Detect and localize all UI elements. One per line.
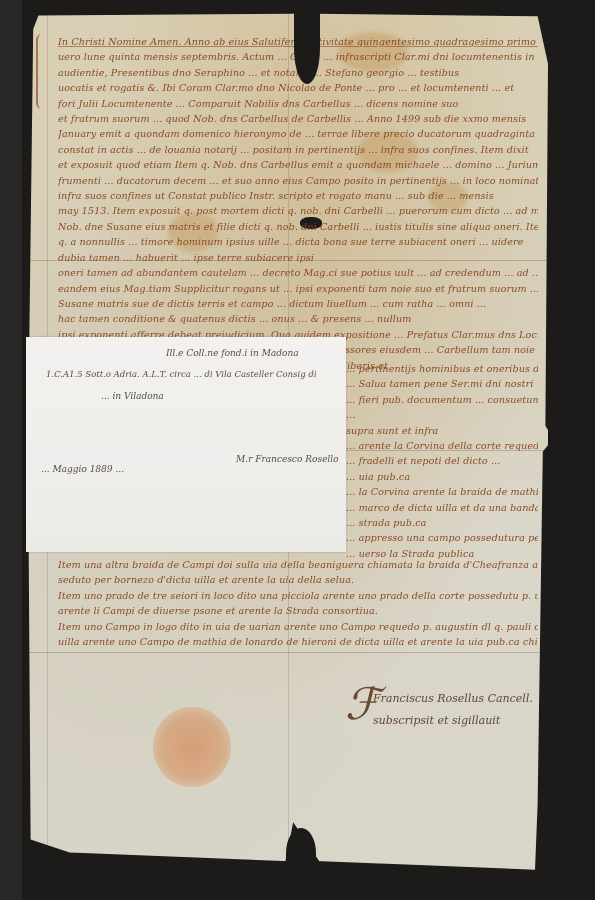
top-tear: [294, 12, 320, 84]
text-line: ... Salua tamen pene Ser.mi dni nostri: [346, 377, 538, 392]
text-line: Nob. dne Susane eius matris et filie dic…: [58, 220, 538, 235]
scan-background-edge: [0, 0, 22, 900]
signature-line: Franciscus Rosellus Cancell.: [373, 692, 533, 705]
property-list-text: Item una altra braida de Campi doi sulla…: [58, 558, 538, 650]
text-line: ... la Corvina arente la braida de mathi…: [346, 485, 538, 500]
text-line: uilla arente uno Campo de mathia de lona…: [58, 635, 538, 650]
text-line: ... appresso una campo possedutura per p…: [346, 531, 538, 546]
slip-signature: M.r Francesco Rosello: [236, 455, 339, 465]
text-line: hac tamen conditione & quatenus dictis .…: [58, 312, 538, 327]
bottom-tear: [286, 828, 316, 878]
slip-reference: 1.C.A1.5 Sott.o Adria. A.L.T. circa ... …: [46, 370, 317, 380]
main-text-block: In Christi Nomine Amen. Anno ab eius Sal…: [58, 35, 538, 374]
text-line: q. a nonnullis ... timore hominum ipsius…: [58, 235, 538, 250]
text-line: supra sunt et infra: [346, 424, 538, 439]
text-line: oneri tamen ad abundantem cautelam ... d…: [58, 266, 538, 281]
signature-line: subscripsit et sigillauit: [373, 714, 500, 727]
text-line: seduto per bornezo d'dicta uilla et aren…: [58, 573, 538, 588]
text-line: Item uno Campo in logo dito in uia de ua…: [58, 620, 538, 635]
text-line: ...: [346, 408, 538, 423]
slip-date: ... Maggio 1889 ...: [41, 465, 124, 475]
text-line: ... uia pub.ca: [346, 470, 538, 485]
slip-location: ... in Viladona: [101, 392, 164, 402]
text-line: uocatis et rogatis &. Ibi Coram Clar.mo …: [58, 81, 538, 96]
attached-note-slip: Ill.e Coll.ne fond.i in Madona 1.C.A1.5 …: [26, 337, 346, 552]
text-line: Item una altra braida de Campi doi sulla…: [58, 558, 538, 573]
text-line: constat in actis ... de louania notarij …: [58, 143, 538, 158]
text-line: arente li Campi de diuerse psone et aren…: [58, 604, 538, 619]
text-line: infra suos confines ut Constat publico I…: [58, 189, 538, 204]
text-line: frumenti ... ducatorum decem ... et suo …: [58, 174, 538, 189]
text-line: et exposuit quod etiam Item q. Nob. dns …: [58, 158, 538, 173]
text-line: may 1513. Item exposuit q. post mortem d…: [58, 204, 538, 219]
notary-signature: ℱ Franciscus Rosellus Cancell. subscrips…: [345, 680, 545, 750]
text-line: ... pertinentijs hominibus et oneribus d…: [346, 362, 538, 377]
wax-seal-remnant: [153, 707, 231, 787]
text-line: ... arente la Corvina della corte requed…: [346, 439, 538, 454]
text-line: dubia tamen ... habuerit ... ipse terre …: [58, 251, 538, 266]
text-line: eandem eius Mag.tiam Supplicitur rogans …: [58, 282, 538, 297]
slip-heading: Ill.e Coll.ne fond.i in Madona: [166, 349, 299, 359]
text-line: ... fieri pub. documentum ... consuetum …: [346, 393, 538, 408]
text-line: January emit a quondam domenico hieronym…: [58, 127, 538, 142]
text-line: ... fradelli et nepoti del dicto ...: [346, 454, 538, 469]
right-fragment-text: ... pertinentijs hominibus et oneribus d…: [346, 362, 538, 562]
text-line: ... strada pub.ca: [346, 516, 538, 531]
text-line: Susane matris sue de dictis terris et ca…: [58, 297, 538, 312]
text-line: ... marco de dicta uilla et da una banda…: [346, 501, 538, 516]
text-line: Item uno prado de tre seiori in loco dit…: [58, 589, 538, 604]
text-line: fori Julii Locumtenente ... Comparuit No…: [58, 97, 538, 112]
text-line: et fratrum suorum ... quod Nob. dns Carb…: [58, 112, 538, 127]
margin-flourish: [36, 34, 52, 109]
